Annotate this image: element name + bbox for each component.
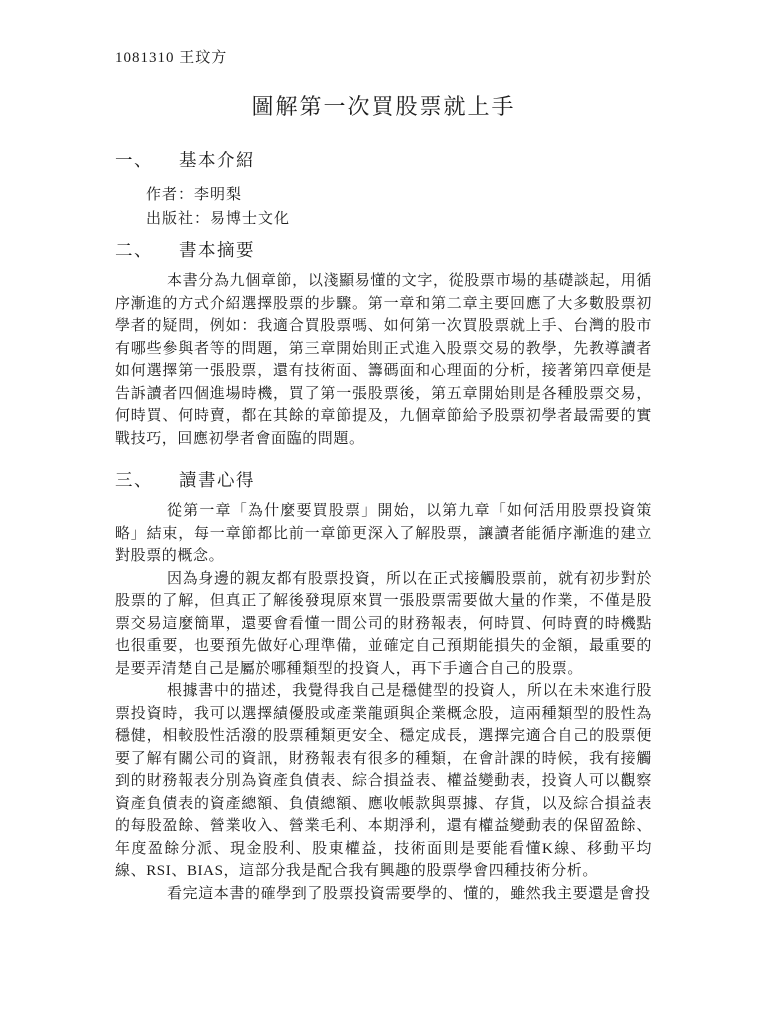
section-heading-reading-reflection: 三、讀書心得 — [115, 468, 652, 492]
book-author-line: 作者：李明梨 — [146, 183, 652, 207]
section-title: 書本摘要 — [179, 240, 255, 260]
section-title: 讀書心得 — [179, 470, 255, 490]
reflection-paragraph-4: 看完這本書的確學到了股票投資需要學的、懂的，雖然我主要還是會投 — [115, 883, 652, 906]
section-number: 三、 — [115, 468, 153, 492]
book-publisher-line: 出版社：易博士文化 — [146, 207, 652, 231]
section-heading-book-summary: 二、書本摘要 — [115, 238, 652, 262]
book-meta: 作者：李明梨 出版社：易博士文化 — [115, 183, 652, 231]
reflection-paragraph-3: 根據書中的描述，我覺得我自己是穩健型的投資人，所以在未來進行股票投資時，我可以選… — [115, 680, 652, 883]
summary-paragraph: 本書分為九個章節，以淺顯易懂的文字，從股票市場的基礎談起，用循序漸進的方式介紹選… — [115, 270, 652, 450]
document-title: 圖解第一次買股票就上手 — [115, 93, 652, 120]
reflection-paragraph-2: 因為身邊的親友都有股票投資，所以在正式接觸股票前，就有初步對於股票的了解，但真正… — [115, 568, 652, 681]
section-title: 基本介紹 — [179, 150, 255, 170]
document-page: 1081310 王玟方 圖解第一次買股票就上手 一、基本介紹 作者：李明梨 出版… — [0, 0, 768, 1024]
reflection-paragraph-1: 從第一章「為什麼要買股票」開始，以第九章「如何活用股票投資策略」結束，每一章節都… — [115, 500, 652, 568]
section-number: 一、 — [115, 148, 153, 172]
section-heading-basic-intro: 一、基本介紹 — [115, 148, 652, 172]
student-id-name: 1081310 王玟方 — [115, 50, 652, 66]
section-number: 二、 — [115, 238, 153, 262]
